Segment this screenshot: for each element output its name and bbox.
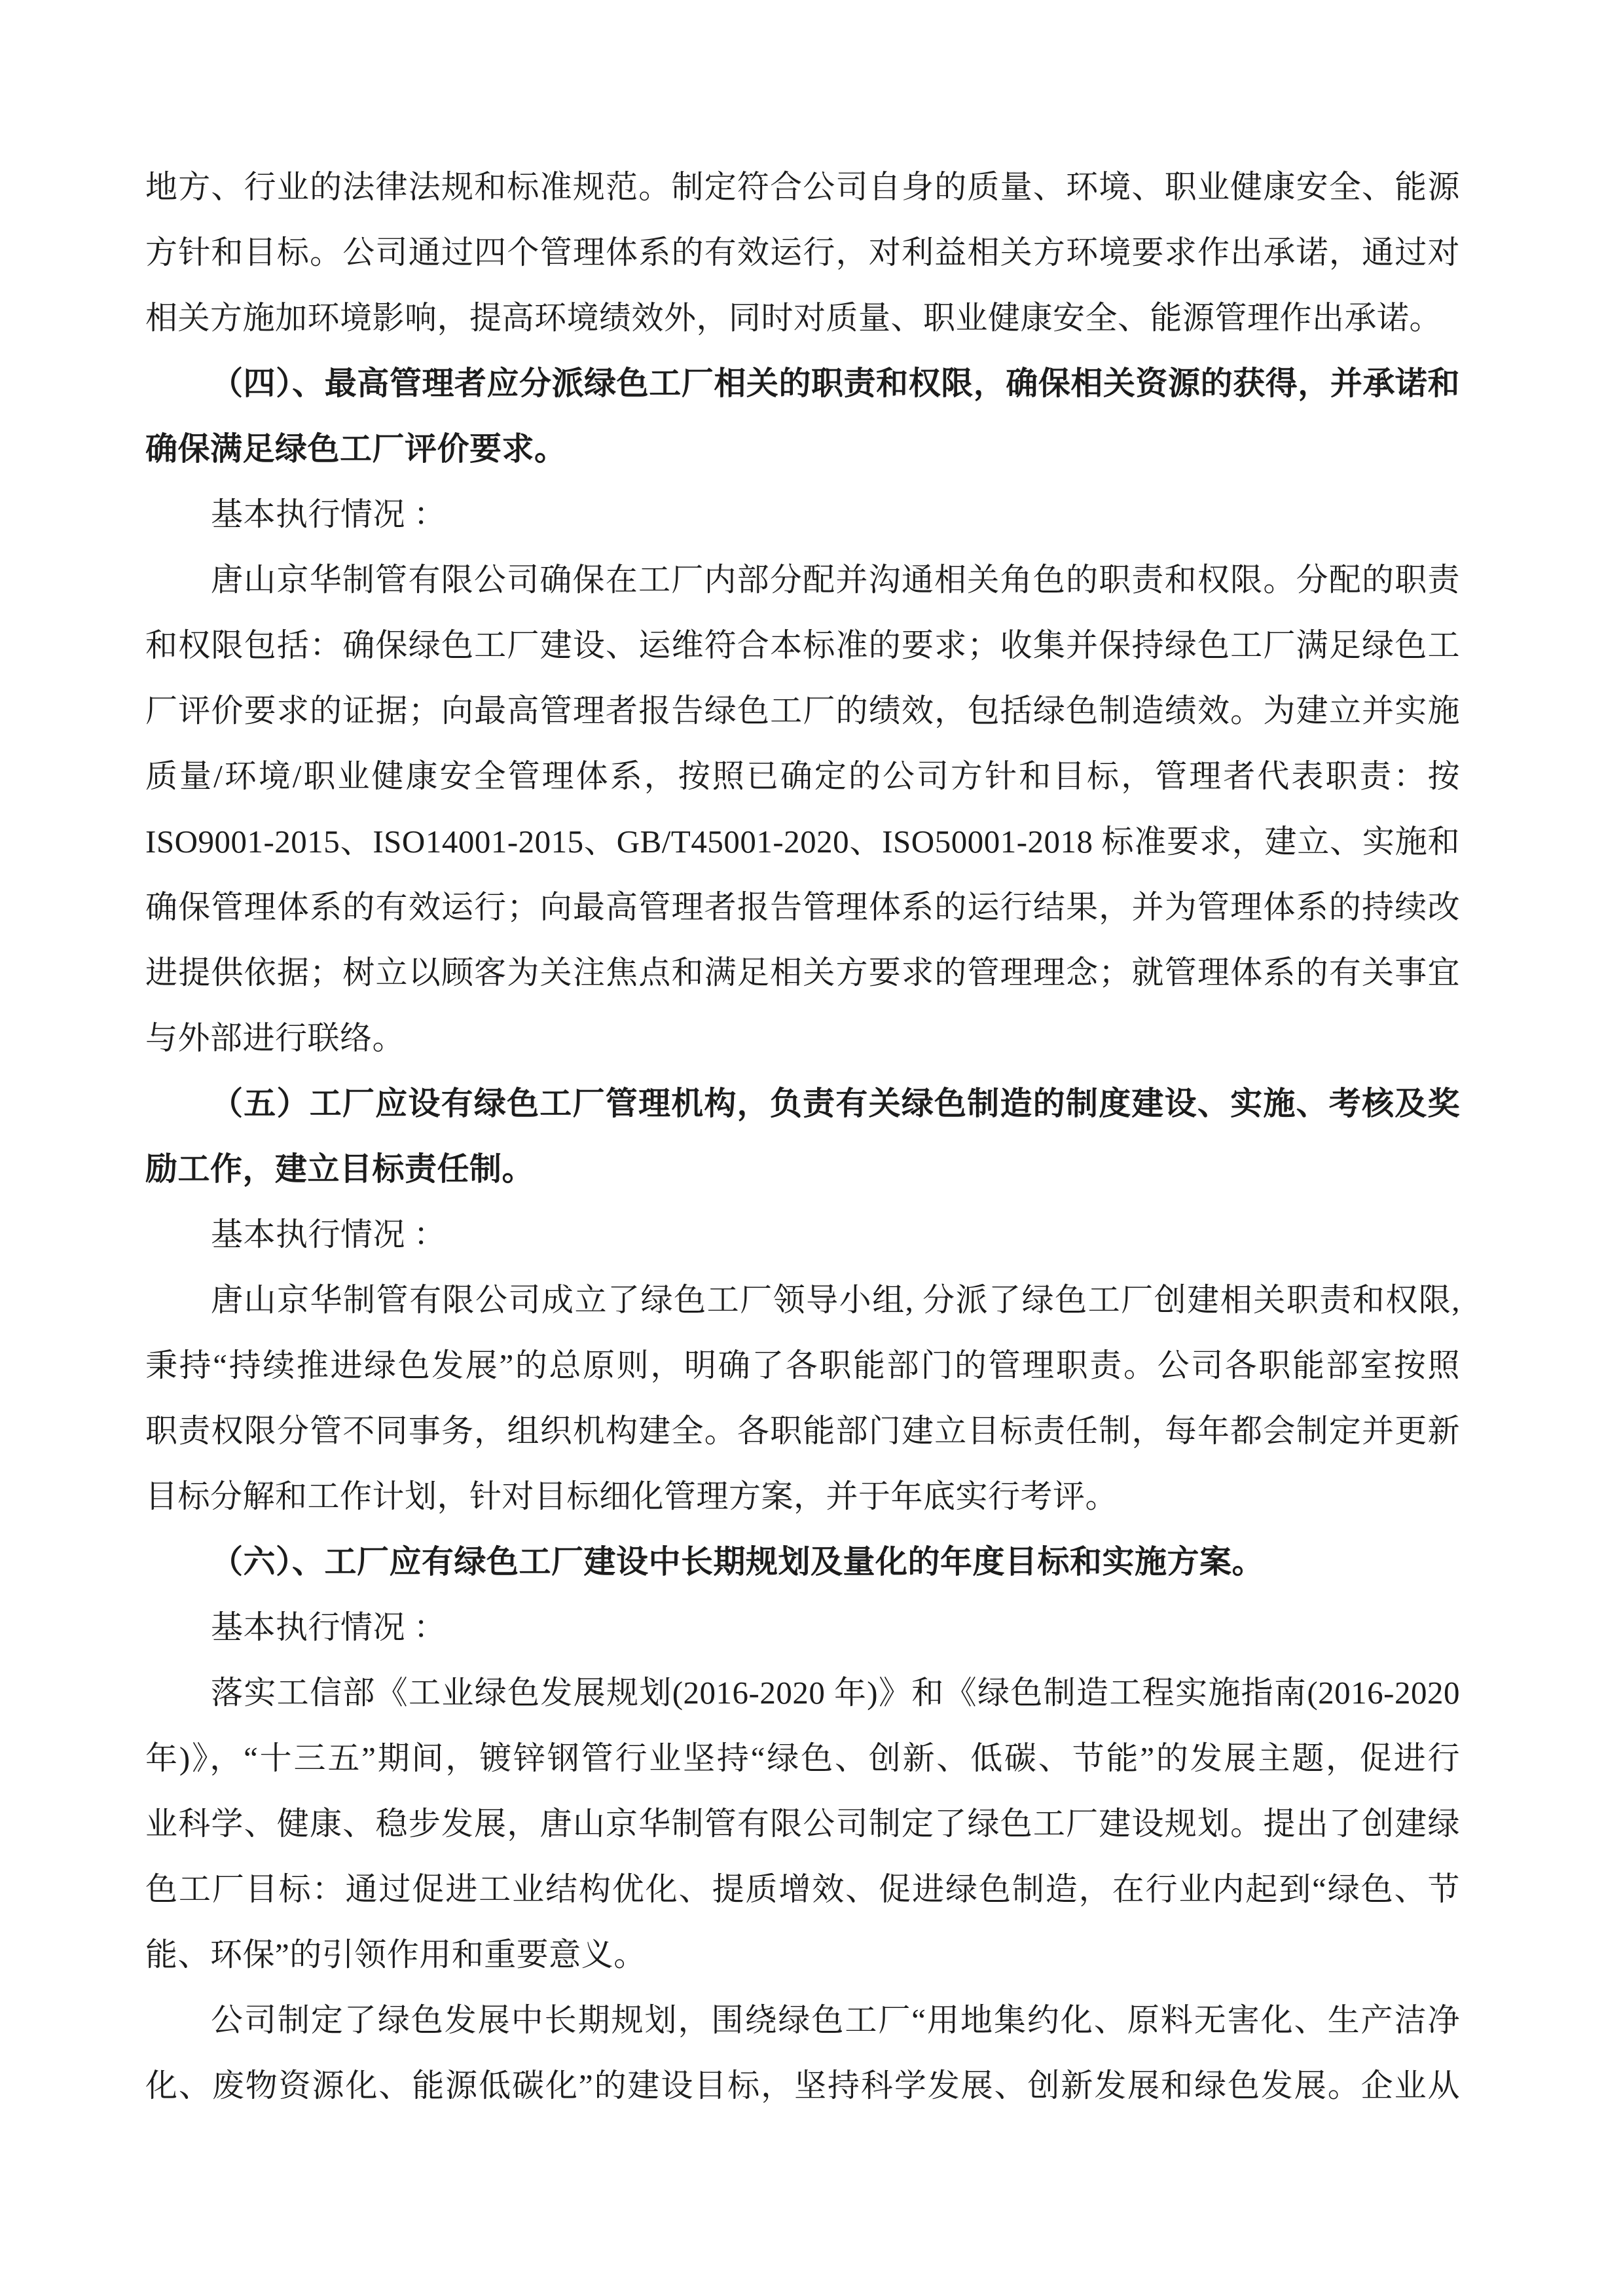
text-line: 年)》，“十三五”期间，镀锌钢管行业坚持“绿色、创新、低碳、节能”的发展主题，促… — [145, 1726, 1460, 1791]
text-line: 励工作，建立目标责任制。 — [145, 1137, 1460, 1202]
text-line: 色工厂目标：通过促进工业结构优化、提质增效、促进绿色制造，在行业内起到“绿色、节 — [145, 1857, 1460, 1922]
text-line: 厂评价要求的证据；向最高管理者报告绿色工厂的绩效，包括绿色制造绩效。为建立并实施 — [145, 678, 1460, 744]
text-line: 与外部进行联络。 — [145, 1006, 1460, 1071]
text-line: 基本执行情况 ： — [145, 482, 1460, 547]
text-line: （六）、工厂应有绿色工厂建设中长期规划及量化的年度目标和实施方案。 — [145, 1529, 1460, 1595]
text-line: 确保满足绿色工厂评价要求。 — [145, 416, 1460, 482]
text-line: 地方、行业的法律法规和标准规范。制定符合公司自身的质量、环境、职业健康安全、能源 — [145, 155, 1460, 220]
text-line: 职责权限分管不同事务，组织机构建全。各职能部门建立目标责任制，每年都会制定并更新 — [145, 1398, 1460, 1464]
text-line: （五）工厂应设有绿色工厂管理机构，负责有关绿色制造的制度建设、实施、考核及奖 — [145, 1071, 1460, 1137]
text-line: 基本执行情况 ： — [145, 1595, 1460, 1660]
text-line: ISO9001-2015、ISO14001-2015、GB/T45001-202… — [145, 809, 1460, 875]
document-page: 地方、行业的法律法规和标准规范。制定符合公司自身的质量、环境、职业健康安全、能源… — [0, 0, 1623, 2296]
text-line: 落实工信部《工业绿色发展规划(2016-2020 年)》和《绿色制造工程实施指南… — [145, 1660, 1460, 1726]
text-line: 质量/环境/职业健康安全管理体系，按照已确定的公司方针和目标，管理者代表职责：按 — [145, 744, 1460, 809]
text-line: 公司制定了绿色发展中长期规划，围绕绿色工厂“用地集约化、原料无害化、生产洁净 — [145, 1988, 1460, 2053]
text-line: 相关方施加环境影响，提高环境绩效外，同时对质量、职业健康安全、能源管理作出承诺。 — [145, 285, 1460, 351]
text-line: 能、环保”的引领作用和重要意义。 — [145, 1922, 1460, 1988]
text-line: 确保管理体系的有效运行；向最高管理者报告管理体系的运行结果，并为管理体系的持续改 — [145, 875, 1460, 940]
text-line: 唐山京华制管有限公司成立了绿色工厂领导小组, 分派了绿色工厂创建相关职责和权限, — [145, 1267, 1460, 1333]
text-line: 目标分解和工作计划，针对目标细化管理方案，并于年底实行考评。 — [145, 1464, 1460, 1529]
document-text-block: 地方、行业的法律法规和标准规范。制定符合公司自身的质量、环境、职业健康安全、能源… — [145, 155, 1460, 2119]
text-line: 秉持“持续推进绿色发展”的总原则，明确了各职能部门的管理职责。公司各职能部室按照 — [145, 1333, 1460, 1398]
text-line: 进提供依据；树立以顾客为关注焦点和满足相关方要求的管理理念；就管理体系的有关事宜 — [145, 940, 1460, 1006]
text-line: 和权限包括：确保绿色工厂建设、运维符合本标准的要求；收集并保持绿色工厂满足绿色工 — [145, 613, 1460, 678]
text-line: 基本执行情况 ： — [145, 1202, 1460, 1267]
text-line: 业科学、健康、稳步发展，唐山京华制管有限公司制定了绿色工厂建设规划。提出了创建绿 — [145, 1791, 1460, 1857]
text-line: （四）、最高管理者应分派绿色工厂相关的职责和权限，确保相关资源的获得，并承诺和 — [145, 351, 1460, 416]
text-line: 化、废物资源化、能源低碳化”的建设目标，坚持科学发展、创新发展和绿色发展。企业从 — [145, 2053, 1460, 2119]
text-line: 方针和目标。公司通过四个管理体系的有效运行，对利益相关方环境要求作出承诺，通过对 — [145, 220, 1460, 285]
text-line: 唐山京华制管有限公司确保在工厂内部分配并沟通相关角色的职责和权限。分配的职责 — [145, 547, 1460, 613]
